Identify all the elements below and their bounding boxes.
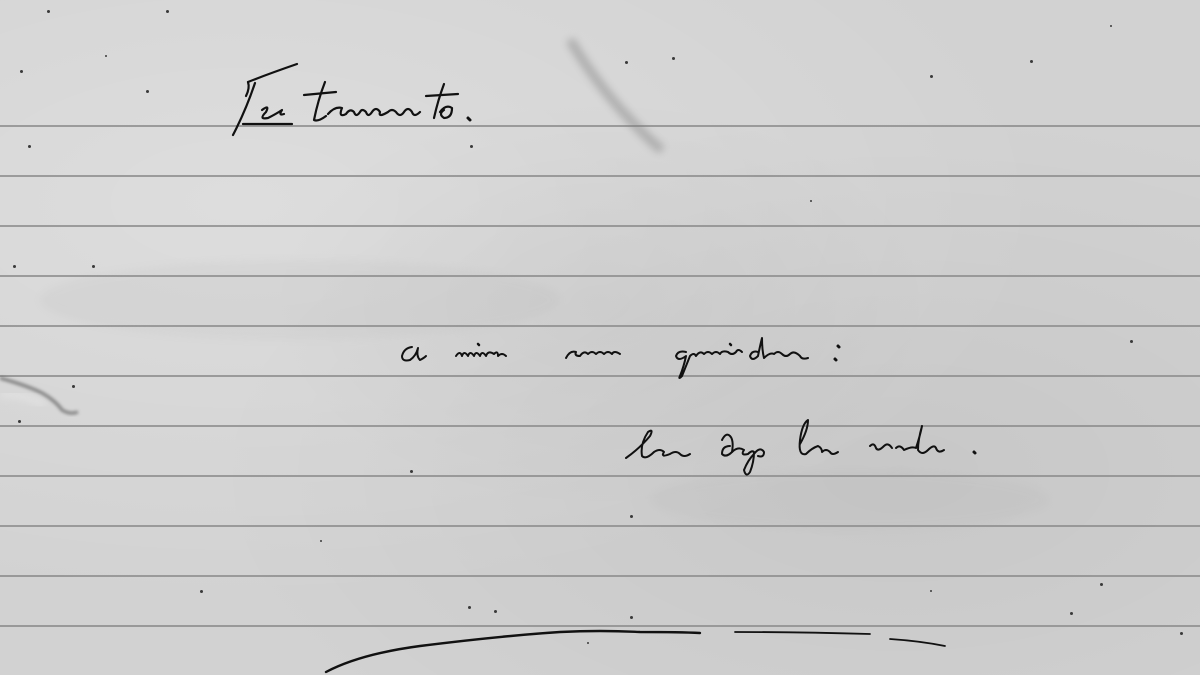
signature-flourish (326, 631, 945, 672)
document-line-1: A mis seres queridos: (402, 336, 664, 364)
document-title: Testamento. (235, 78, 420, 113)
lined-paper: Testamento. A mis seres queridos: les de… (0, 0, 1200, 675)
document-line-2: les dejo la vida. (626, 428, 815, 456)
